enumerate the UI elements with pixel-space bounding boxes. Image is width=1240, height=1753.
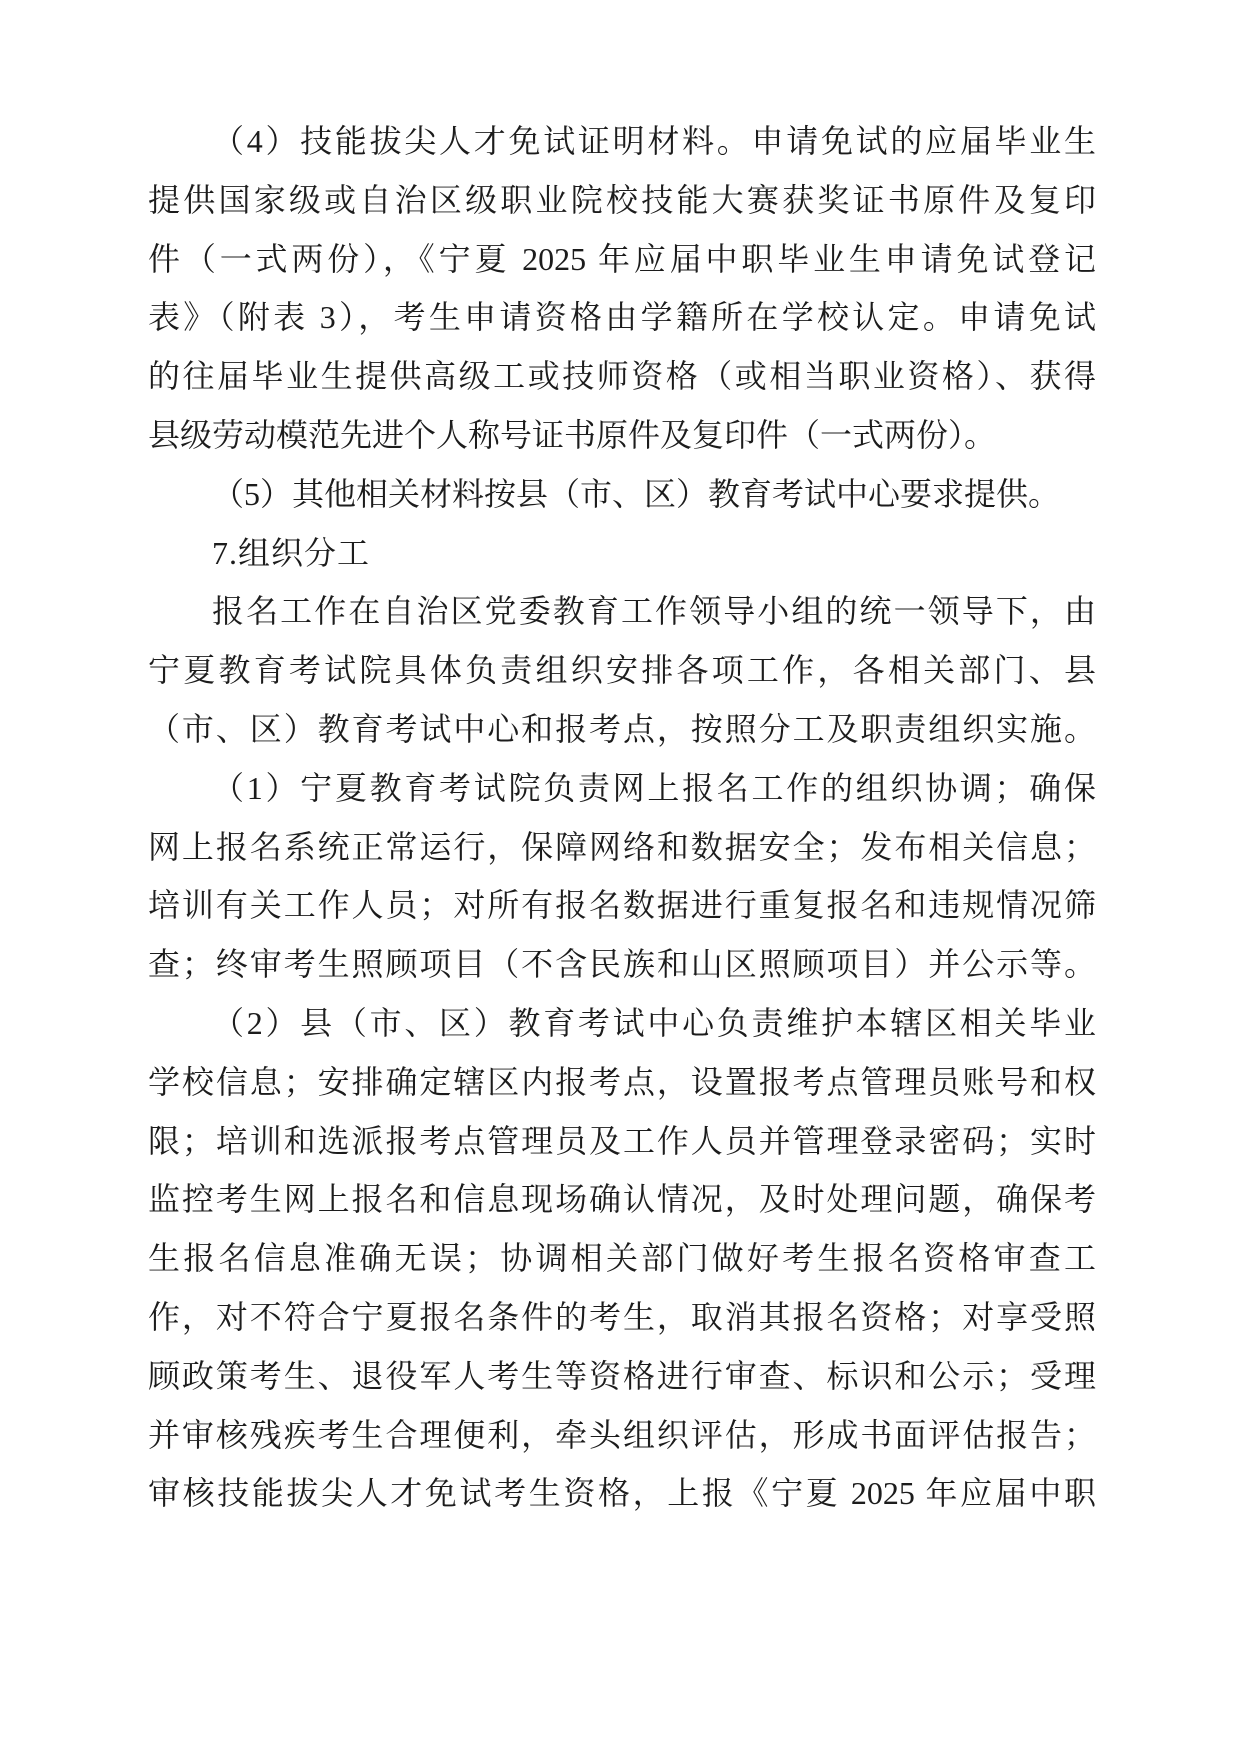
text-line: 县级劳动模范先进个人称号证书原件及复印件（一式两份）。 (148, 406, 1096, 465)
text-line: （5）其他相关材料按县（市、区）教育考试中心要求提供。 (148, 465, 1096, 524)
text-line: 审核技能拔尖人才免试考生资格，上报《宁夏 2025 年应届中职 (148, 1464, 1096, 1523)
text-line: 件（一式两份），《宁夏 2025 年应届中职毕业生申请免试登记 (148, 230, 1096, 289)
text-line: 并审核残疾考生合理便利，牵头组织评估，形成书面评估报告； (148, 1406, 1096, 1465)
text-line: 顾政策考生、退役军人考生等资格进行审查、标识和公示；受理 (148, 1347, 1096, 1406)
document-text-block: （4）技能拔尖人才免试证明材料。申请免试的应届毕业生提供国家级或自治区级职业院校… (148, 112, 1096, 1523)
text-line: 表》（附表 3），考生申请资格由学籍所在学校认定。申请免试 (148, 288, 1096, 347)
text-line: 宁夏教育考试院具体负责组织安排各项工作，各相关部门、县 (148, 641, 1096, 700)
text-line: 作，对不符合宁夏报名条件的考生，取消其报名资格；对享受照 (148, 1288, 1096, 1347)
text-line: （市、区）教育考试中心和报考点，按照分工及职责组织实施。 (148, 700, 1096, 759)
section-heading: 7.组织分工 (148, 524, 1096, 583)
text-line: （1）宁夏教育考试院负责网上报名工作的组织协调；确保 (148, 759, 1096, 818)
text-line: 提供国家级或自治区级职业院校技能大赛获奖证书原件及复印 (148, 171, 1096, 230)
text-line: 生报名信息准确无误；协调相关部门做好考生报名资格审查工 (148, 1229, 1096, 1288)
text-line: 培训有关工作人员；对所有报名数据进行重复报名和违规情况筛 (148, 876, 1096, 935)
document-page: （4）技能拔尖人才免试证明材料。申请免试的应届毕业生提供国家级或自治区级职业院校… (0, 0, 1240, 1753)
text-line: 的往届毕业生提供高级工或技师资格（或相当职业资格）、获得 (148, 347, 1096, 406)
text-line: （4）技能拔尖人才免试证明材料。申请免试的应届毕业生 (148, 112, 1096, 171)
text-line: 限；培训和选派报考点管理员及工作人员并管理登录密码；实时 (148, 1112, 1096, 1171)
text-line: 查；终审考生照顾项目（不含民族和山区照顾项目）并公示等。 (148, 935, 1096, 994)
text-line: 报名工作在自治区党委教育工作领导小组的统一领导下，由 (148, 582, 1096, 641)
text-line: 监控考生网上报名和信息现场确认情况，及时处理问题，确保考 (148, 1170, 1096, 1229)
text-line: 网上报名系统正常运行，保障网络和数据安全；发布相关信息； (148, 818, 1096, 877)
text-line: （2）县（市、区）教育考试中心负责维护本辖区相关毕业 (148, 994, 1096, 1053)
text-line: 学校信息；安排确定辖区内报考点，设置报考点管理员账号和权 (148, 1053, 1096, 1112)
